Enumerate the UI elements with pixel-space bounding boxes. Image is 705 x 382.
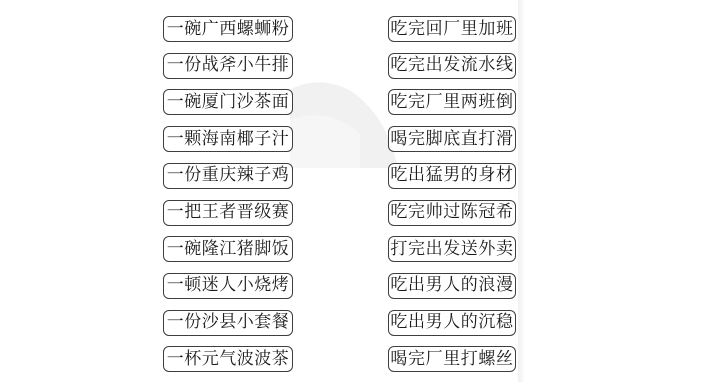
phrase-tile-right-9[interactable]: 吃出男人的沉稳 xyxy=(388,310,516,336)
phrase-tile-left-2[interactable]: 一份战斧小牛排 xyxy=(163,53,293,79)
phrase-tile-right-7[interactable]: 打完出发送外卖 xyxy=(388,236,516,262)
phrase-tile-right-5[interactable]: 吃出猛男的身材 xyxy=(388,163,516,189)
phrase-tile-left-6[interactable]: 一把王者晋级赛 xyxy=(163,200,293,226)
phrase-tile-left-10[interactable]: 一杯元气波波茶 xyxy=(163,346,293,372)
phrase-tile-left-7[interactable]: 一碗隆江猪脚饭 xyxy=(163,236,293,262)
phrase-tile-left-9[interactable]: 一份沙县小套餐 xyxy=(163,310,293,336)
phrase-tile-right-3[interactable]: 吃完厂里两班倒 xyxy=(388,89,516,115)
ink-wash-mountain-decoration xyxy=(290,50,400,170)
phrase-tile-right-4[interactable]: 喝完脚底直打滑 xyxy=(388,126,516,152)
phrase-tile-right-6[interactable]: 吃完帅过陈冠希 xyxy=(388,200,516,226)
phrase-tile-right-10[interactable]: 喝完厂里打螺丝 xyxy=(388,346,516,372)
phrase-tile-right-2[interactable]: 吃完出发流水线 xyxy=(388,53,516,79)
phrase-tile-left-8[interactable]: 一顿迷人小烧烤 xyxy=(163,273,293,299)
phrase-tile-right-1[interactable]: 吃完回厂里加班 xyxy=(388,16,516,42)
phrase-tile-left-1[interactable]: 一碗广西螺蛳粉 xyxy=(163,16,293,42)
phrase-tile-left-4[interactable]: 一颗海南椰子汁 xyxy=(163,126,293,152)
phrase-tile-right-8[interactable]: 吃出男人的浪漫 xyxy=(388,273,516,299)
phrase-tile-left-3[interactable]: 一碗厦门沙茶面 xyxy=(163,89,293,115)
side-panel-edge xyxy=(518,0,525,382)
phrase-tile-left-5[interactable]: 一份重庆辣子鸡 xyxy=(163,163,293,189)
